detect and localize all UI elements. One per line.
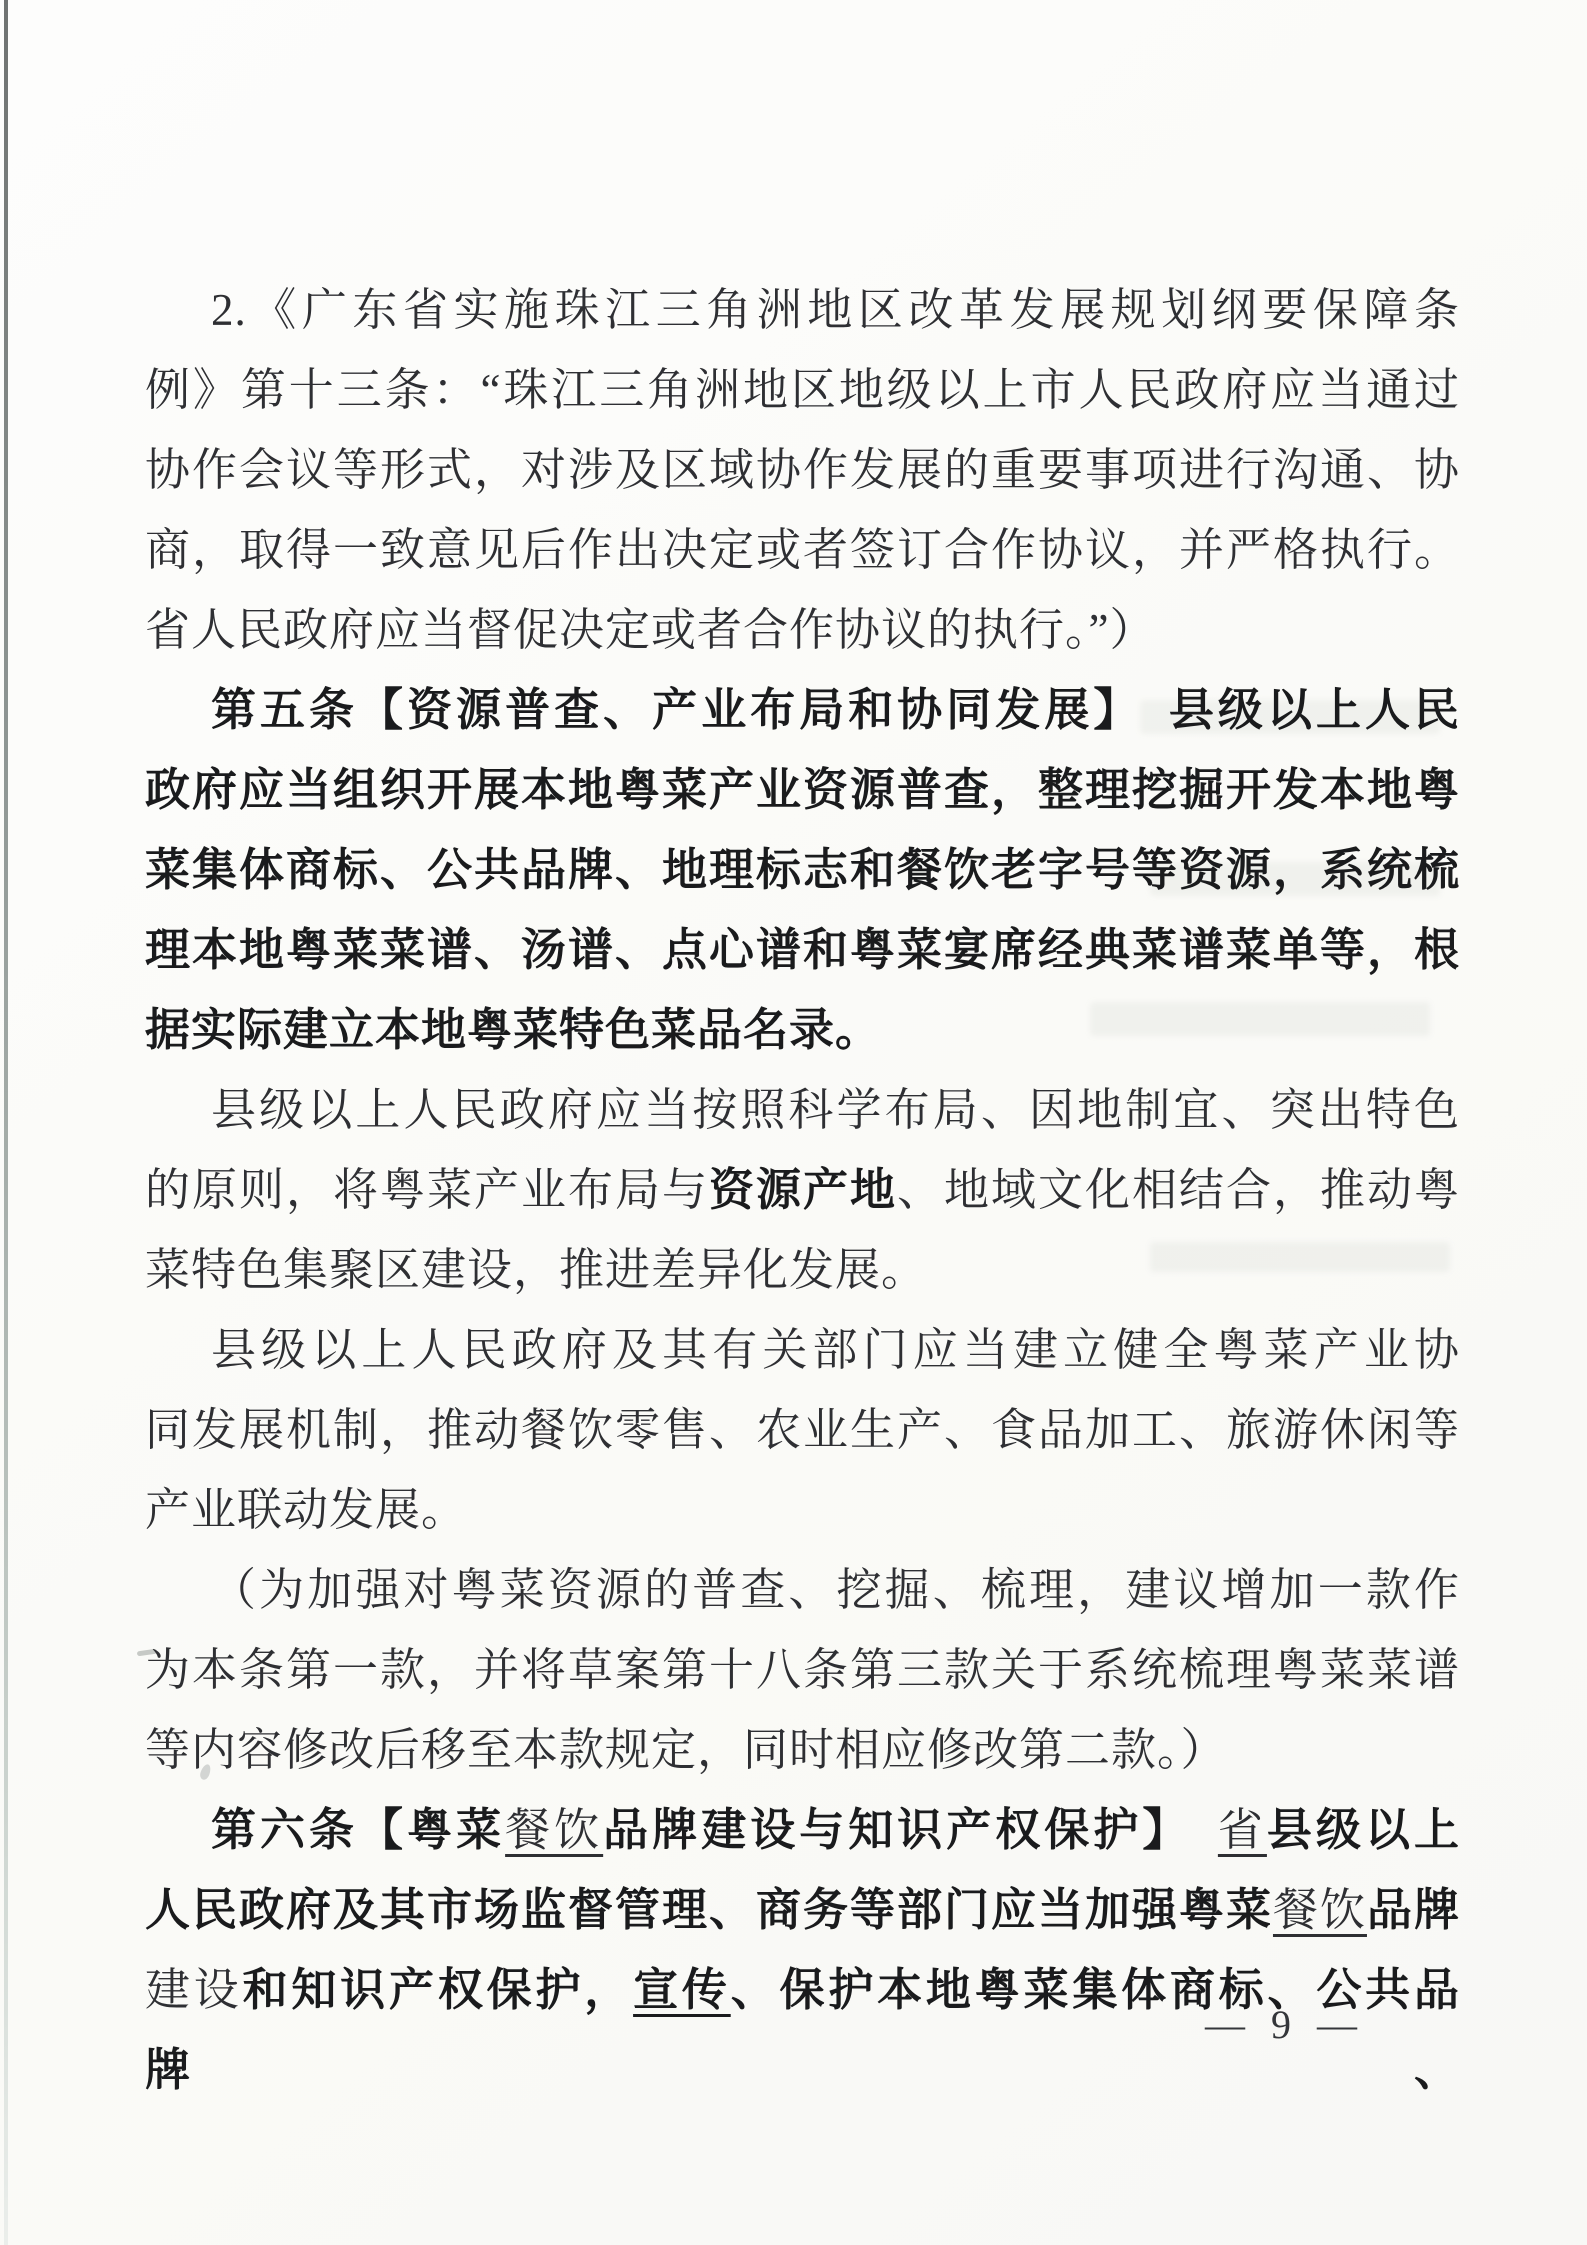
document-page: 2.《广东省实施珠江三角洲地区改革发展规划纲要保障条例》第十三条：“珠江三角洲地… xyxy=(0,0,1587,2245)
text-line: 省人民政府应当督促决定或者合作协议的执行。”） xyxy=(145,590,1460,670)
text-line: 第六条【粤菜餐饮品牌建设与知识产权保护】 省县级以上 xyxy=(145,1790,1460,1870)
text-run: 省 xyxy=(1218,1805,1267,1855)
text-run: 县级以上人民政府及其有关部门应当建立健全粤菜产业协 xyxy=(211,1325,1460,1375)
text-run: 理本地粤菜菜谱、汤谱、点心谱和粤菜宴席经典菜谱菜单等，根 xyxy=(145,924,1460,975)
text-line: 为本条第一款，并将草案第十八条第三款关于系统梳理粤菜菜谱 xyxy=(145,1630,1460,1710)
text-line: 据实际建立本地粤菜特色菜品名录。 xyxy=(145,990,1460,1070)
text-run: 品牌 xyxy=(1367,1884,1460,1935)
text-run: 建设 xyxy=(145,1965,243,2015)
text-run: 品牌建设与知识产权保护】 xyxy=(603,1804,1218,1855)
text-run: 资源产地 xyxy=(709,1164,897,1215)
text-run: 商，取得一致意见后作出决定或者签订合作协议，并严格执行。 xyxy=(145,525,1460,575)
text-run: 为本条第一款，并将草案第十八条第三款关于系统梳理粤菜菜谱 xyxy=(145,1645,1460,1695)
text-run: 第六条【粤菜 xyxy=(211,1804,505,1855)
text-run: 的原则，将粤菜产业布局与 xyxy=(145,1165,709,1215)
text-line: 等内容修改后移至本款规定，同时相应修改第二款。） xyxy=(145,1710,1460,1790)
page-number: — 9 — xyxy=(1205,1995,1365,2055)
text-line: 人民政府及其市场监督管理、商务等部门应当加强粤菜餐饮品牌 xyxy=(145,1870,1460,1950)
text-line: 产业联动发展。 xyxy=(145,1470,1460,1550)
text-line: （为加强对粤菜资源的普查、挖掘、梳理，建议增加一款作 xyxy=(145,1550,1460,1630)
text-run: 同发展机制，推动餐饮零售、农业生产、食品加工、旅游休闲等 xyxy=(145,1405,1460,1455)
text-line: 商，取得一致意见后作出决定或者签订合作协议，并严格执行。 xyxy=(145,510,1460,590)
text-line: 协作会议等形式，对涉及区域协作发展的重要事项进行沟通、协 xyxy=(145,430,1460,510)
text-run: 宣传 xyxy=(633,1964,731,2015)
text-run: 据实际建立本地粤菜特色菜品名录。 xyxy=(145,1004,881,1055)
text-line: 例》第十三条：“珠江三角洲地区地级以上市人民政府应当通过 xyxy=(145,350,1460,430)
text-run: 、地域文化相结合，推动粤 xyxy=(897,1165,1460,1215)
text-line: 县级以上人民政府应当按照科学布局、因地制宜、突出特色 xyxy=(145,1070,1460,1150)
text-run: 和知识产权保护， xyxy=(243,1964,633,2015)
text-run: 餐饮 xyxy=(505,1805,603,1855)
text-run: （为加强对粤菜资源的普查、挖掘、梳理，建议增加一款作 xyxy=(211,1565,1460,1615)
text-run: 产业联动发展。 xyxy=(145,1485,467,1535)
text-run: 协作会议等形式，对涉及区域协作发展的重要事项进行沟通、协 xyxy=(145,445,1460,495)
text-run: 等内容修改后移至本款规定，同时相应修改第二款。） xyxy=(145,1725,1227,1775)
text-run: 菜集体商标、公共品牌、地理标志和餐饮老字号等资源，系统梳 xyxy=(145,844,1460,895)
text-line: 菜集体商标、公共品牌、地理标志和餐饮老字号等资源，系统梳 xyxy=(145,830,1460,910)
text-run: 菜特色集聚区建设，推进差异化发展。 xyxy=(145,1245,927,1295)
text-run: 人民政府及其市场监督管理、商务等部门应当加强粤菜 xyxy=(145,1884,1273,1935)
scan-edge-line xyxy=(4,0,8,2245)
text-line: 的原则，将粤菜产业布局与资源产地、地域文化相结合，推动粤 xyxy=(145,1150,1460,1230)
text-line: 理本地粤菜菜谱、汤谱、点心谱和粤菜宴席经典菜谱菜单等，根 xyxy=(145,910,1460,990)
text-run: 例》第十三条：“珠江三角洲地区地级以上市人民政府应当通过 xyxy=(145,365,1460,415)
text-line: 2.《广东省实施珠江三角洲地区改革发展规划纲要保障条 xyxy=(145,270,1460,350)
text-run: 第五条【资源普查、产业布局和协同发展】 县级以上人民 xyxy=(211,684,1460,735)
text-run: 省人民政府应当督促决定或者合作协议的执行。”） xyxy=(145,605,1155,655)
text-line: 同发展机制，推动餐饮零售、农业生产、食品加工、旅游休闲等 xyxy=(145,1390,1460,1470)
text-line: 县级以上人民政府及其有关部门应当建立健全粤菜产业协 xyxy=(145,1310,1460,1390)
text-line: 菜特色集聚区建设，推进差异化发展。 xyxy=(145,1230,1460,1310)
text-run: 餐饮 xyxy=(1273,1885,1367,1935)
text-block: 2.《广东省实施珠江三角洲地区改革发展规划纲要保障条例》第十三条：“珠江三角洲地… xyxy=(145,270,1460,2030)
text-line: 第五条【资源普查、产业布局和协同发展】 县级以上人民 xyxy=(145,670,1460,750)
text-run: 县级以上人民政府应当按照科学布局、因地制宜、突出特色 xyxy=(211,1085,1460,1135)
text-run: 2.《广东省实施珠江三角洲地区改革发展规划纲要保障条 xyxy=(211,285,1460,335)
text-run: 县级以上 xyxy=(1267,1804,1460,1855)
text-run: 政府应当组织开展本地粤菜产业资源普查，整理挖掘开发本地粤 xyxy=(145,764,1460,815)
text-line: 政府应当组织开展本地粤菜产业资源普查，整理挖掘开发本地粤 xyxy=(145,750,1460,830)
